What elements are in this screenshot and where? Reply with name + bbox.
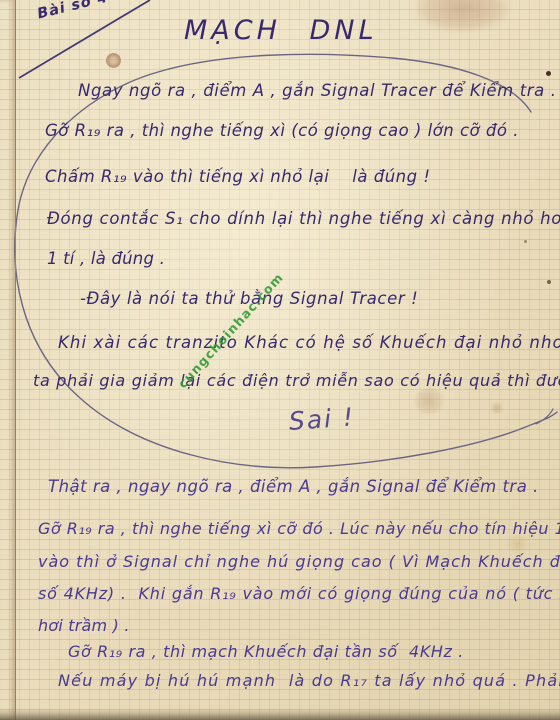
handwritten-line-body-7: Nếu máy bị hú hú mạnh là do R₁₇ ta lấy n…: [58, 672, 560, 690]
page-title: MẠCH DNL: [184, 16, 378, 46]
handwritten-line-circled-7: Khi xài các tranzito Khác có hệ số Khuếc…: [58, 334, 560, 352]
handwritten-line-circled-1: Ngay ngõ ra , điểm A , gắn Signal Tracer…: [78, 82, 557, 100]
ink-speck-1: [546, 71, 551, 76]
stain-middle-right-2: [490, 402, 504, 414]
page-binding-edge: [0, 0, 16, 720]
stain-top-right: [415, 0, 510, 32]
hand-drawn-strokes: [0, 0, 560, 720]
ink-speck-3: [524, 240, 527, 243]
handwritten-line-body-2: Gỡ R₁₉ ra , thì nghe tiếng xì cỡ đó . Lú…: [38, 520, 560, 538]
handwritten-line-body-4: số 4KHz) . Khi gắn R₁₉ vào mới có giọng …: [38, 585, 560, 603]
notebook-page: Bài số 4 đ( MẠCH DNL Ngay ngõ ra , điểm …: [0, 0, 560, 720]
corner-note: Bài số 4 đ(: [36, 0, 135, 23]
circle-annotation-end-flick: [536, 409, 553, 424]
handwritten-line-circled-8: ta phải gia giảm lại các điện trở miễn s…: [33, 372, 560, 390]
stain-small-dot: [106, 53, 121, 68]
handwritten-line-body-3: vào thì ở Signal chỉ nghe hú giọng cao (…: [38, 553, 560, 571]
verdict-text: Sai !: [288, 403, 356, 435]
handwritten-line-circled-4: Đóng contắc S₁ cho dính lại thì nghe tiế…: [47, 210, 560, 228]
handwritten-line-circled-5: 1 tí , là đúng .: [47, 250, 165, 268]
stain-middle-right: [414, 388, 444, 414]
ink-speck-2: [547, 280, 551, 284]
handwritten-line-body-6: Gỡ R₁₉ ra , thì mạch Khuếch đại tần số 4…: [68, 643, 464, 661]
handwritten-line-circled-2: Gỡ R₁₉ ra , thì nghe tiếng xì (có giọng …: [45, 122, 519, 140]
handwritten-line-circled-3: Chấm R₁₉ vào thì tiếng xì nhỏ lại là đún…: [45, 168, 430, 186]
handwritten-line-body-5: hơi trầm ) .: [38, 617, 130, 635]
page-bottom-shadow: [0, 708, 560, 720]
handwritten-line-body-1: Thật ra , ngay ngõ ra , điểm A , gắn Sig…: [48, 478, 539, 496]
